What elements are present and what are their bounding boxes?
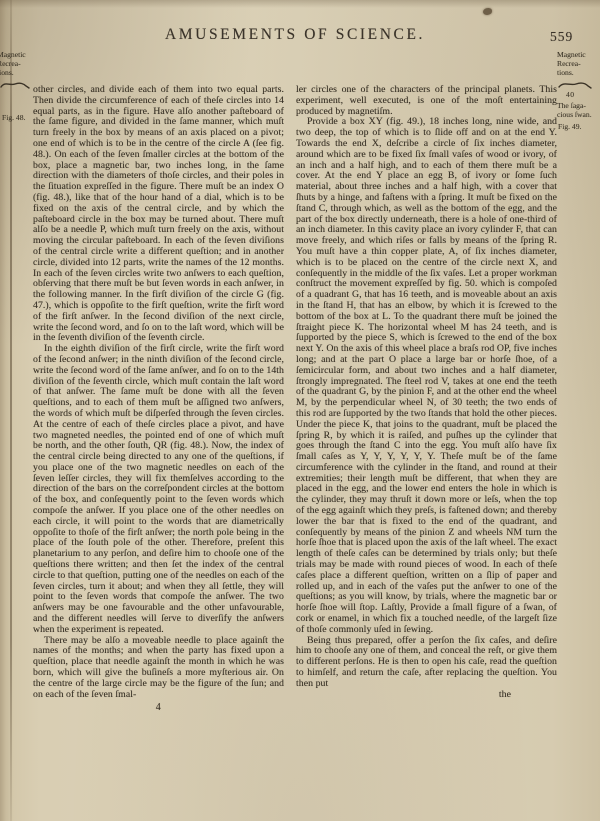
trick-number: 40 [566, 90, 575, 99]
page-number: 559 [550, 29, 573, 45]
body-paragraph: There may be alſo a moveable needle to p… [33, 636, 284, 701]
margin-note-line: tions. [0, 68, 31, 77]
book-page-scan: AMUSEMENTS OF SCIENCE. 559 Magnetic Recr… [0, 0, 600, 821]
page-title: AMUSEMENTS OF SCIENCE. [33, 26, 557, 44]
body-paragraph: In the eighth diviſion of the firſt circ… [33, 344, 284, 636]
body-paragraph: Being thus prepared, offer a perſon the … [296, 636, 557, 690]
body-paragraph: ler circles one of the characters of the… [296, 85, 557, 117]
margin-note-line: cious ſwan. [557, 110, 599, 119]
left-figure-reference: Fig. 48. [2, 113, 25, 122]
ink-speck [483, 8, 492, 15]
signature-mark: 4 [33, 703, 284, 714]
body-paragraph: other circles, and divide each of them i… [33, 85, 284, 344]
margin-note-line: Magnetic [557, 50, 599, 59]
right-margin-running-head: Magnetic Recrea- tions. [557, 50, 599, 77]
margin-note-line: Recrea- [0, 59, 31, 68]
binding-gutter-line [10, 0, 12, 821]
right-figure-reference: Fig. 49. [558, 122, 581, 131]
brace-icon [0, 79, 30, 89]
catchword: the [296, 690, 557, 701]
margin-note-line: tions. [557, 68, 599, 77]
margin-note-line: Recrea- [557, 59, 599, 68]
left-margin-running-head: Magnetic Recrea- tions. [0, 50, 31, 77]
page-top-shadow [0, 0, 600, 8]
body-paragraph: Provide a box XY (fig. 49.), 18 inches l… [296, 117, 557, 635]
left-text-column: other circles, and divide each of them i… [33, 85, 284, 714]
right-text-column: ler circles one of the characters of the… [296, 85, 557, 700]
brace-icon [558, 79, 592, 89]
margin-note-line: Magnetic [0, 50, 31, 59]
right-margin-side-note: The ſaga- cious ſwan. [557, 101, 599, 119]
margin-note-line: The ſaga- [557, 101, 599, 110]
